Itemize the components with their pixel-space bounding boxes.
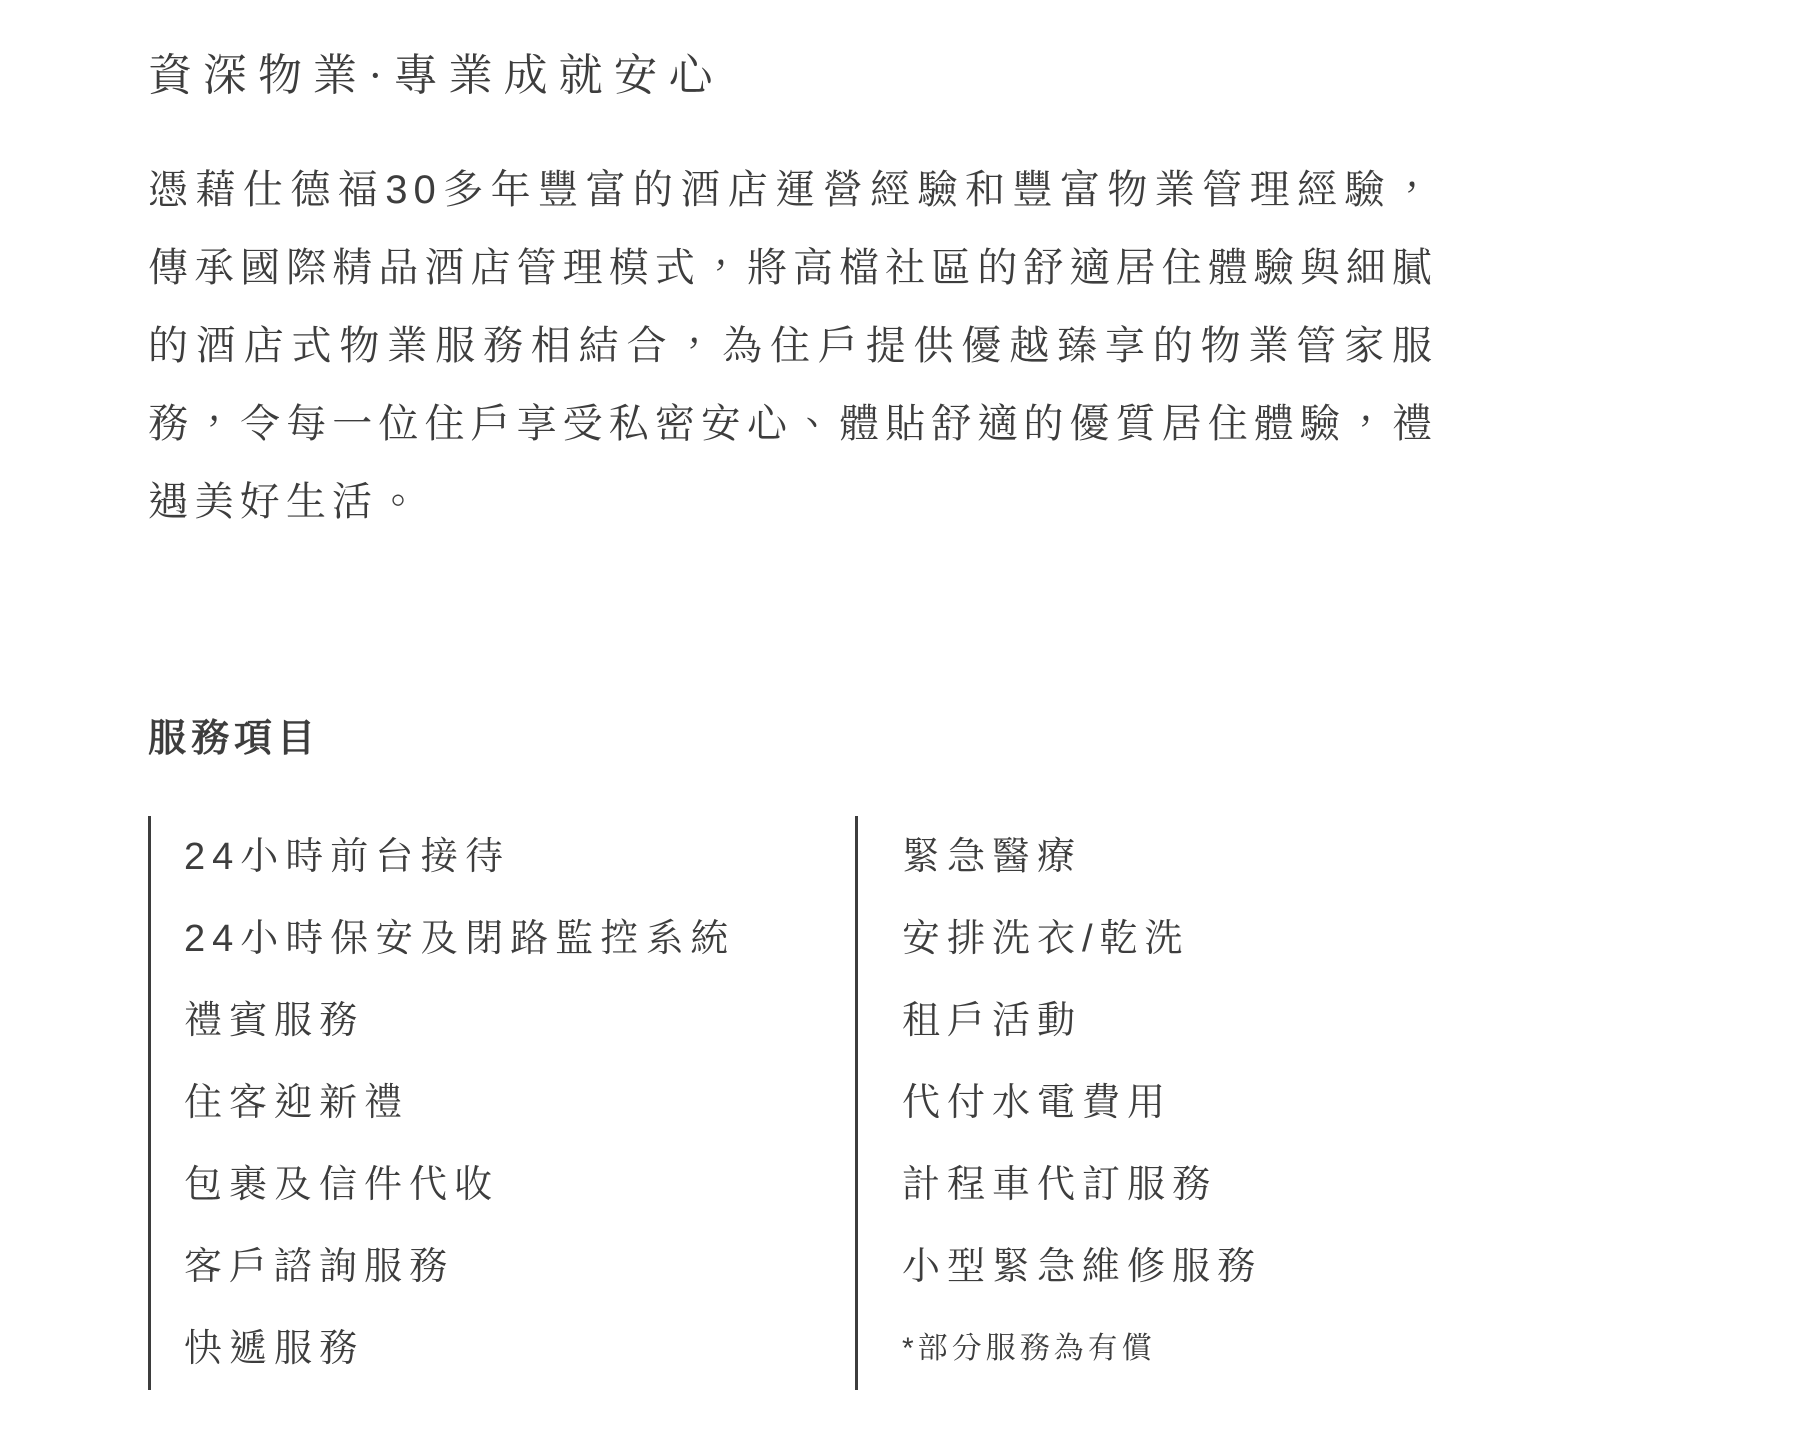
service-item: 租戶活動: [902, 980, 1262, 1062]
service-column-left: 24小時前台接待 24小時保安及閉路監控系統 禮賓服務 住客迎新禮 包裹及信件代…: [148, 816, 855, 1390]
service-item: 24小時保安及閉路監控系統: [184, 898, 735, 980]
service-item: 代付水電費用: [902, 1062, 1262, 1144]
service-item: 小型緊急維修服務: [902, 1226, 1262, 1308]
intro-paragraph: 憑藉仕德福30多年豐富的酒店運營經驗和豐富物業管理經驗，傳承國際精品酒店管理模式…: [148, 151, 1438, 541]
service-item: 計程車代訂服務: [902, 1144, 1262, 1226]
service-item: 禮賓服務: [184, 980, 735, 1062]
service-item: 客戶諮詢服務: [184, 1226, 735, 1308]
service-item: 緊急醫療: [902, 816, 1262, 898]
service-item: 安排洗衣/乾洗: [902, 898, 1262, 980]
content-section: 資深物業·專業成就安心 憑藉仕德福30多年豐富的酒店運營經驗和豐富物業管理經驗，…: [148, 48, 1443, 1390]
services-heading: 服務項目: [148, 707, 1443, 762]
service-list-right: 緊急醫療 安排洗衣/乾洗 租戶活動 代付水電費用 計程車代訂服務 小型緊急維修服…: [858, 816, 1262, 1390]
service-item: 住客迎新禮: [184, 1062, 735, 1144]
service-item: 包裹及信件代收: [184, 1144, 735, 1226]
services-columns: 24小時前台接待 24小時保安及閉路監控系統 禮賓服務 住客迎新禮 包裹及信件代…: [148, 816, 1443, 1390]
service-item: 快遞服務: [184, 1308, 735, 1390]
service-column-right: 緊急醫療 安排洗衣/乾洗 租戶活動 代付水電費用 計程車代訂服務 小型緊急維修服…: [855, 816, 1262, 1390]
service-list-left: 24小時前台接待 24小時保安及閉路監控系統 禮賓服務 住客迎新禮 包裹及信件代…: [151, 816, 735, 1390]
service-item: 24小時前台接待: [184, 816, 735, 898]
services-footnote: *部分服務為有償: [902, 1308, 1262, 1390]
page-title: 資深物業·專業成就安心: [148, 48, 1443, 103]
